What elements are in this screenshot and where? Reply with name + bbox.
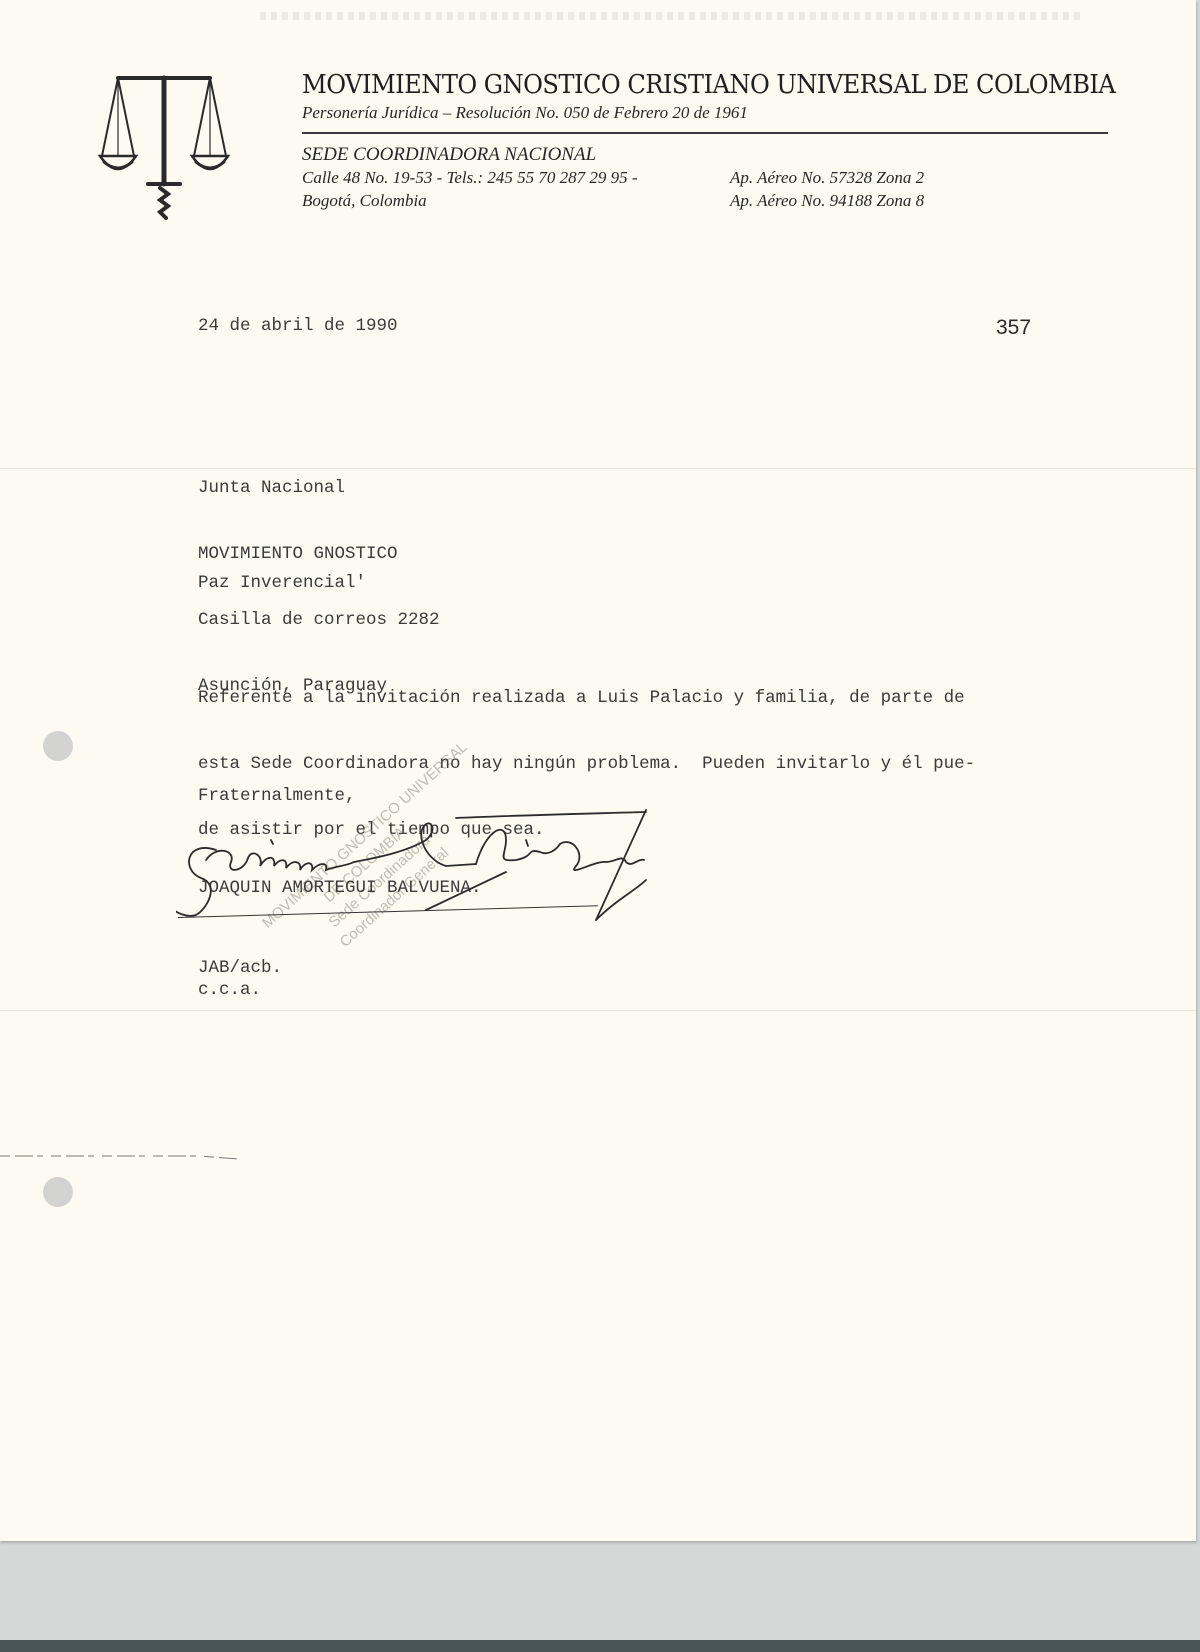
legal-status: Personería Jurídica – Resolución No. 050… <box>302 102 1108 124</box>
city: Bogotá, Colombia <box>302 191 427 210</box>
letterhead-divider <box>302 132 1108 134</box>
initials: JAB/acb. <box>198 957 282 979</box>
punch-hole <box>43 1177 73 1207</box>
fold-line <box>0 468 1196 469</box>
po-box-1: Ap. Aéreo No. 57328 Zona 2 <box>730 166 924 189</box>
fold-line <box>0 1010 1196 1011</box>
recipient-line: Casilla de correos 2282 <box>198 609 440 631</box>
scales-of-justice-sword-icon <box>96 72 230 222</box>
punch-hole <box>43 731 73 761</box>
recipient-line: MOVIMIENTO GNOSTICO <box>198 543 440 565</box>
letter-date: 24 de abril de 1990 <box>198 315 398 337</box>
carbon-copy: c.c.a. <box>198 979 261 1001</box>
body-line: esta Sede Coordinadora no hay ningún pro… <box>198 753 975 775</box>
handwritten-signature <box>176 800 676 950</box>
letter-page: MOVIMIENTO GNOSTICO CRISTIANO UNIVERSAL … <box>0 0 1196 1541</box>
scanner-edge <box>0 1640 1200 1652</box>
office-name: SEDE COORDINADORA NACIONAL <box>302 144 1108 166</box>
document-number: 357 <box>996 316 1031 340</box>
address-row-2: Bogotá, Colombia Ap. Aéreo No. 94188 Zon… <box>302 189 1108 212</box>
scan-artifact <box>260 12 1080 20</box>
scan-artifact <box>0 1150 240 1162</box>
po-box-2: Ap. Aéreo No. 94188 Zona 8 <box>730 189 924 212</box>
letterhead: MOVIMIENTO GNOSTICO CRISTIANO UNIVERSAL … <box>302 70 1108 212</box>
recipient-line: Junta Nacional <box>198 477 440 499</box>
body-line: Referente a la invitación realizada a Lu… <box>198 687 975 709</box>
organization-name: MOVIMIENTO GNOSTICO CRISTIANO UNIVERSAL … <box>302 70 1052 100</box>
address-row-1: Calle 48 No. 19-53 - Tels.: 245 55 70 28… <box>302 166 1108 189</box>
street-address: Calle 48 No. 19-53 - Tels.: 245 55 70 28… <box>302 168 638 187</box>
salutation: Paz Inverencial' <box>198 572 366 594</box>
